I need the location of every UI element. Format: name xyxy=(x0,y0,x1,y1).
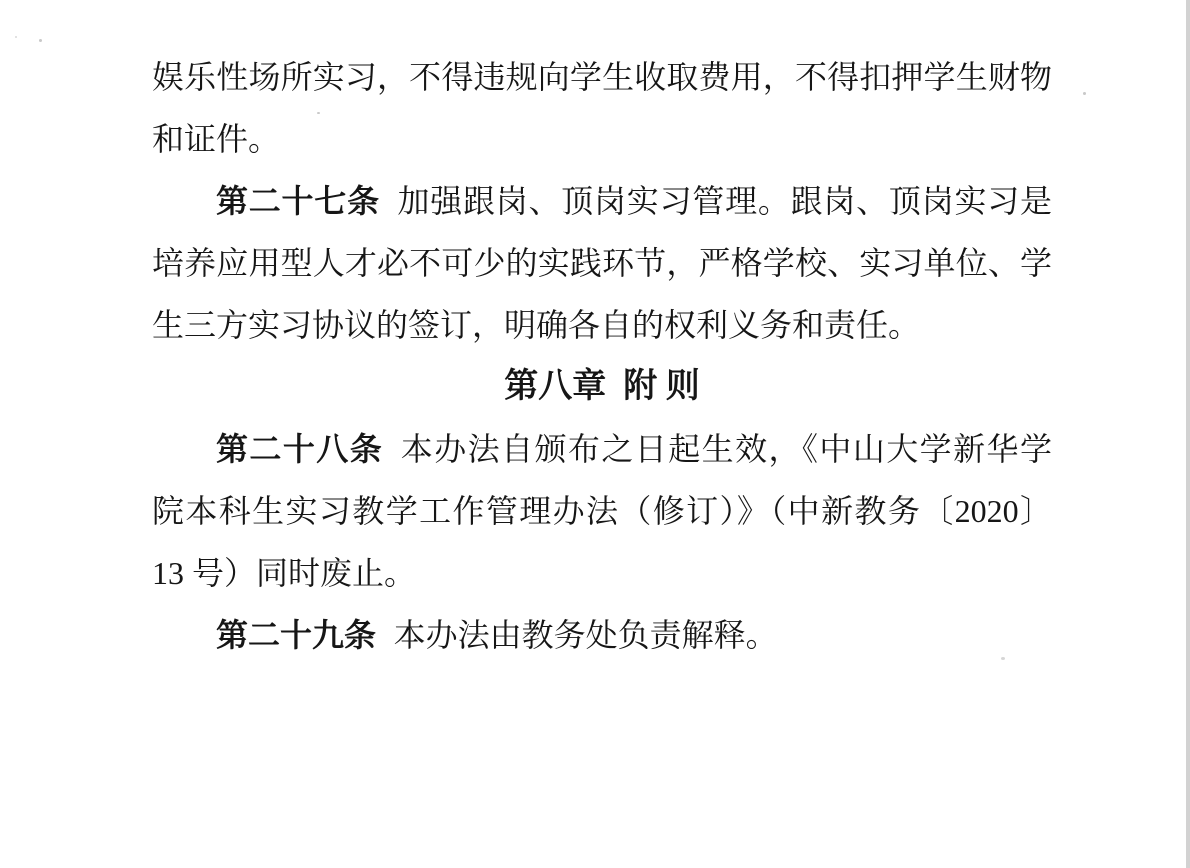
document-page: 娱乐性场所实习，不得违规向学生收取费用，不得扣押学生财物 和证件。 第二十七条加… xyxy=(0,0,1190,868)
article-28-line-3: 13 号）同时废止。 xyxy=(152,542,1052,604)
body-text: 和证件。 xyxy=(152,121,280,157)
article-27-number: 第二十七条 xyxy=(216,183,380,219)
scan-edge-shadow xyxy=(1186,0,1190,868)
body-text: 本办法由教务处负责解释。 xyxy=(394,617,778,653)
article-28-line-2: 院本科生实习教学工作管理办法（修订）》（中新教务〔2020〕 xyxy=(152,480,1052,542)
scan-speck xyxy=(39,39,42,42)
article-29-number: 第二十九条 xyxy=(216,617,376,653)
body-text: 娱乐性场所实习，不得违规向学生收取费用，不得扣押学生财物 xyxy=(152,59,1052,95)
body-text: 生三方实习协议的签订，明确各自的权利义务和责任。 xyxy=(152,307,920,343)
article-27-first-line: 第二十七条加强跟岗、顶岗实习管理。跟岗、顶岗实习是 xyxy=(152,170,1052,232)
body-text: 加强跟岗、顶岗实习管理。跟岗、顶岗实习是 xyxy=(397,183,1052,219)
body-text: 院本科生实习教学工作管理办法（修订）》（中新教务〔2020〕 xyxy=(152,493,1052,529)
body-text: 培养应用型人才必不可少的实践环节，严格学校、实习单位、学 xyxy=(152,245,1052,281)
chapter-8-heading: 第八章 附 则 xyxy=(152,356,1052,418)
body-text: 13 号）同时废止。 xyxy=(152,555,416,591)
article-28-first-line: 第二十八条本办法自颁布之日起生效，《中山大学新华学 xyxy=(152,418,1052,480)
paragraph-end-line: 和证件。 xyxy=(152,108,1052,170)
scan-speck xyxy=(1083,92,1086,95)
article-27-line-2: 培养应用型人才必不可少的实践环节，严格学校、实习单位、学 xyxy=(152,232,1052,294)
article-29-line: 第二十九条本办法由教务处负责解释。 xyxy=(152,604,1052,666)
body-text: 本办法自颁布之日起生效，《中山大学新华学 xyxy=(401,431,1052,467)
article-28-number: 第二十八条 xyxy=(216,431,383,467)
scan-speck xyxy=(15,36,17,38)
article-27-line-3: 生三方实习协议的签订，明确各自的权利义务和责任。 xyxy=(152,294,1052,356)
paragraph-continuation-line: 娱乐性场所实习，不得违规向学生收取费用，不得扣押学生财物 xyxy=(152,46,1052,108)
document-text-block: 娱乐性场所实习，不得违规向学生收取费用，不得扣押学生财物 和证件。 第二十七条加… xyxy=(152,46,1052,666)
